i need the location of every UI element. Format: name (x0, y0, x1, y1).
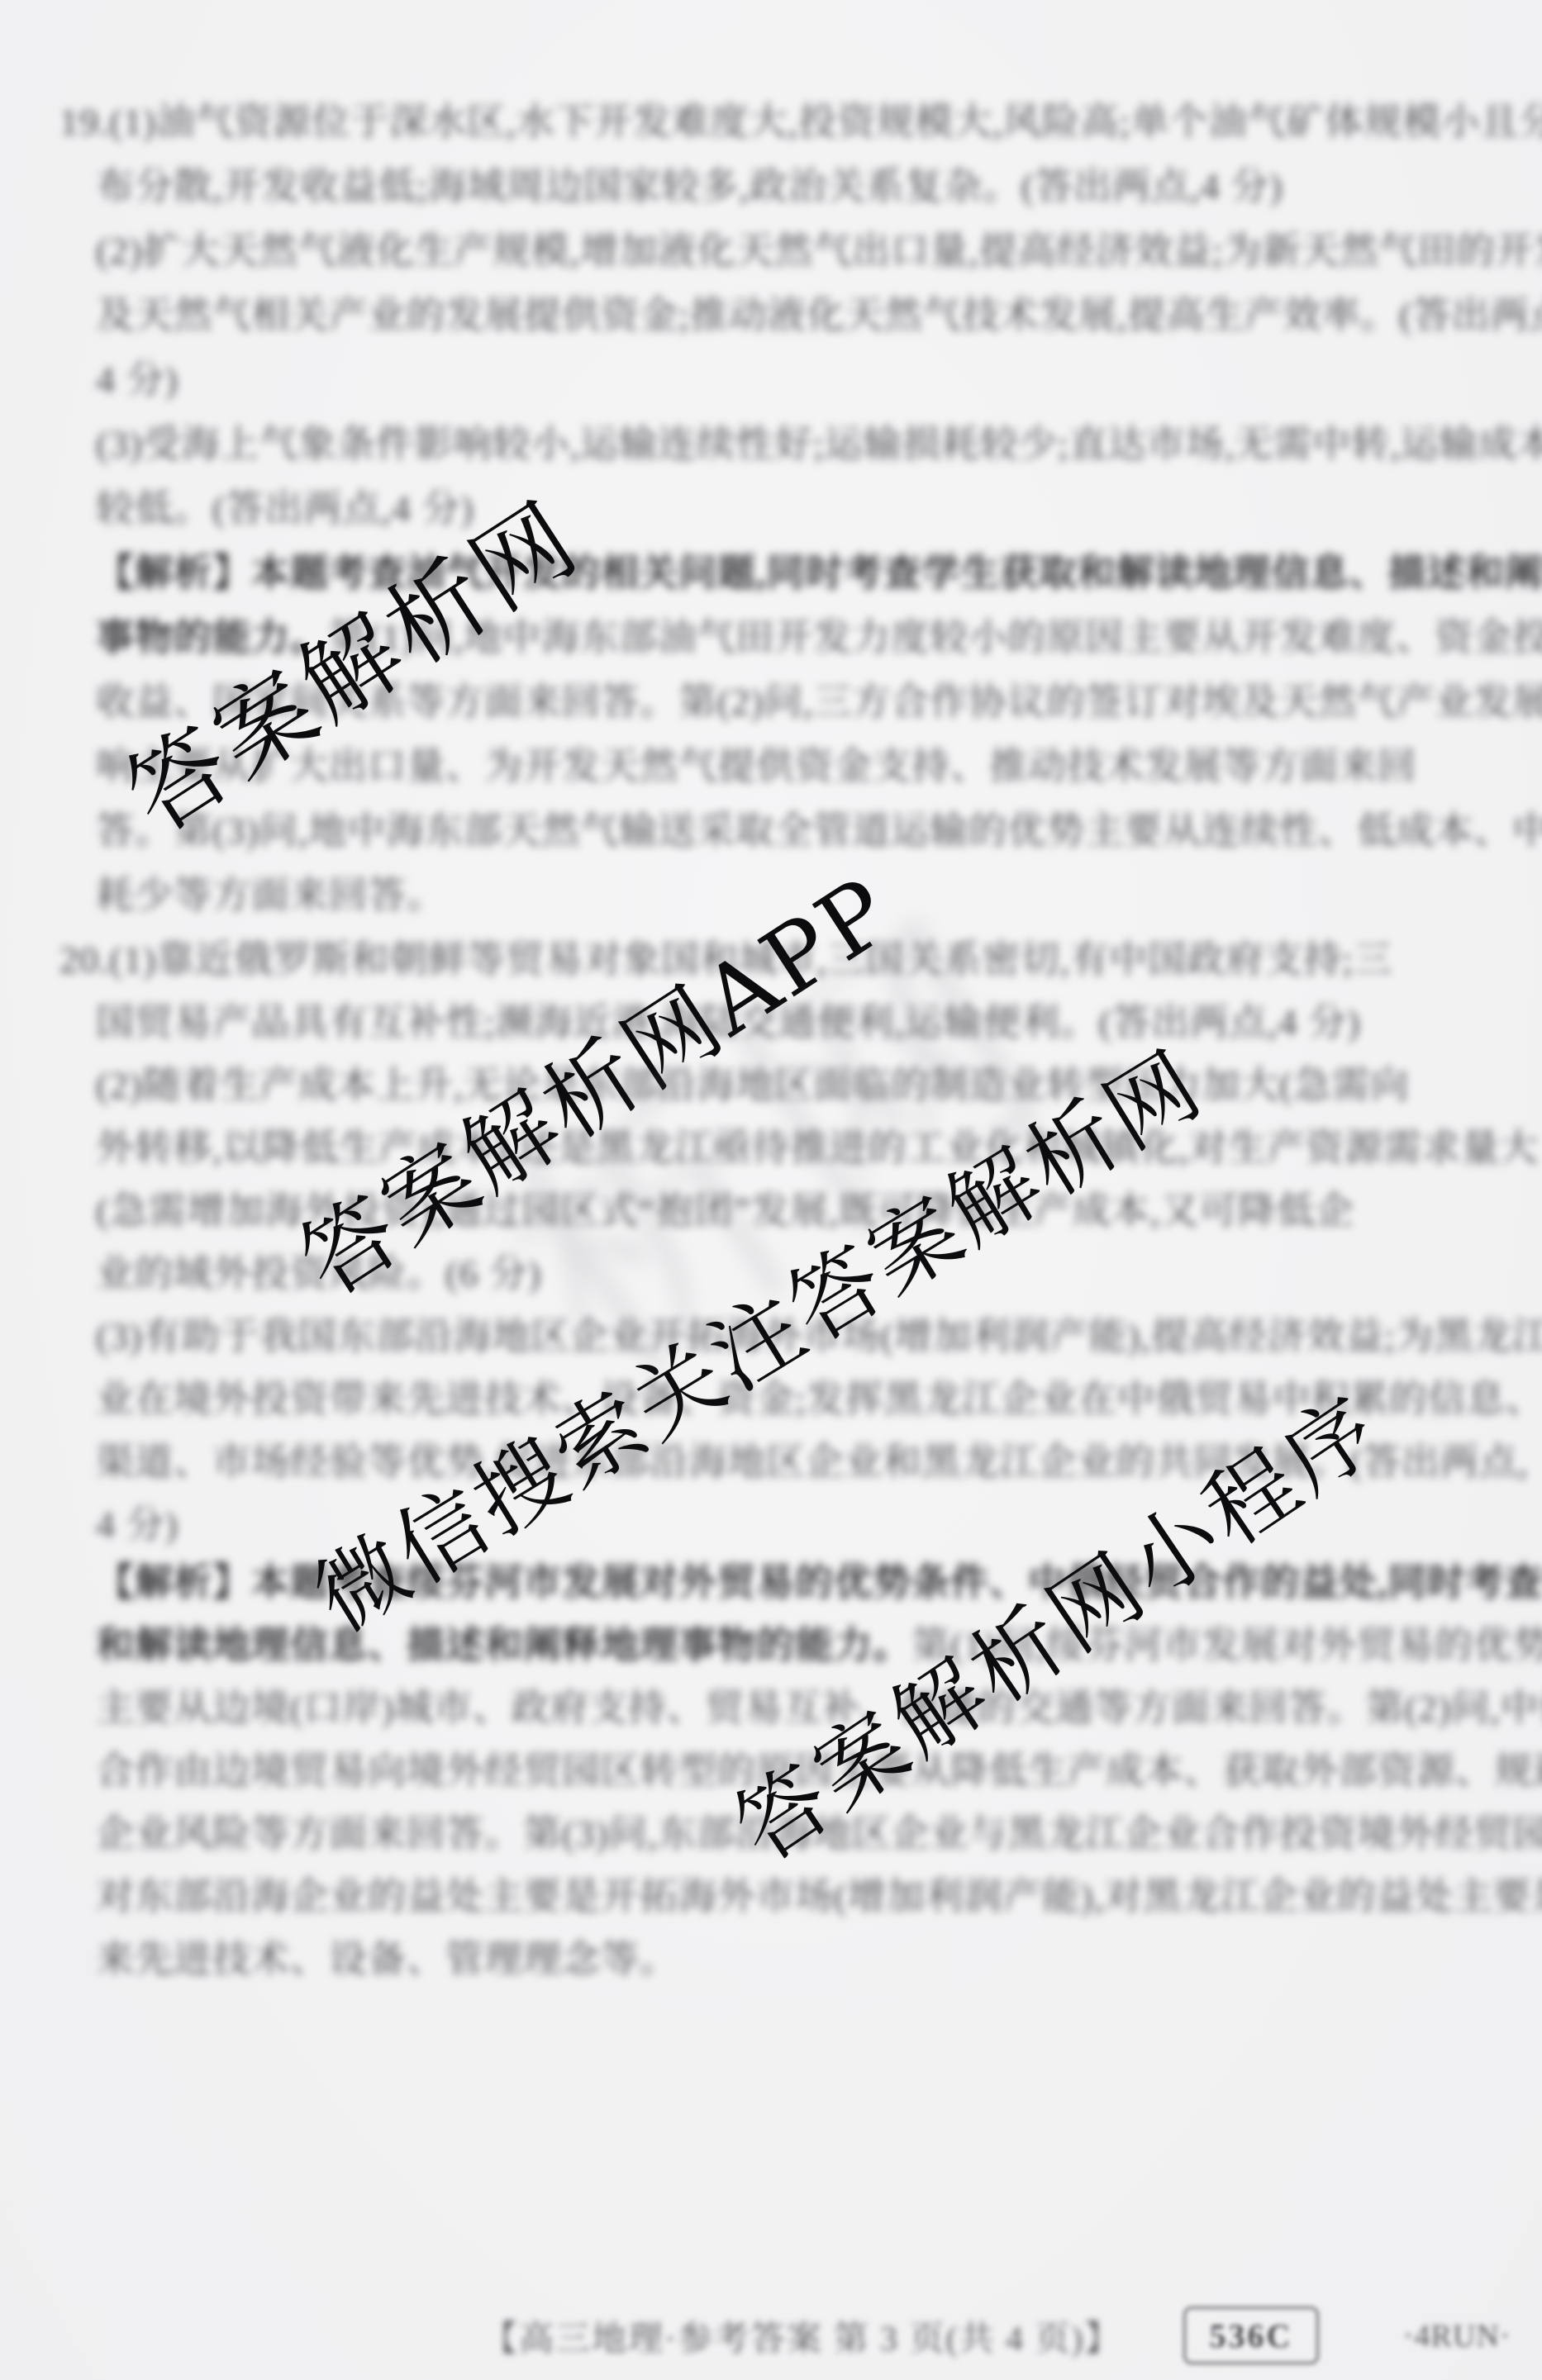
answer-line: 较低。(答出两点,4 分) (96, 484, 474, 534)
answer-line: 4 分) (96, 1500, 178, 1550)
answer-line: 4 分) (96, 355, 178, 405)
answer-line: 来先进技术、设备、管理理念等。 (96, 1935, 678, 1984)
footer-paper-code-box: 536C (1183, 2306, 1319, 2364)
answer-line: (2)扩大天然气液化生产规模,增加液化天然气出口量,提高经济效益;为新天然气田的… (96, 226, 1542, 276)
answer-line: (3)受海上气象条件影响较小,运输连续性好;运输损耗较少;直达市场,无需中转,运… (96, 420, 1542, 469)
answer-line: 【解析】本题考查油气开发的相关问题,同时考查学生获取和解读地理信息、描述和阐释地… (96, 549, 1542, 598)
exam-answer-page: 19.(1)油气资源位于深水区,水下开发难度大,投资规模大,风险高;单个油气矿体… (0, 0, 1542, 2380)
answer-line: 答。第(3)问,地中海东部天然气输送采取全管道运输的优势主要从连续性、低成本、中… (96, 806, 1542, 856)
answer-line: 耗少等方面来回答。 (96, 871, 445, 920)
footer-right-code: ·4RUN· (1403, 2318, 1511, 2354)
answer-line-bold-lead: 【解析】本题考查油气开发的相关问题,同时考查学生获取和解读地理信息、描述和阐释地… (96, 552, 1542, 594)
answer-line: 和解读地理信息、描述和阐释地理事物的能力。第(1)问,绥芬河市发展对外贸易的优势… (96, 1621, 1542, 1670)
footer-paper-code: 536C (1210, 2316, 1293, 2355)
answer-line: 19.(1)油气资源位于深水区,水下开发难度大,投资规模大,风险高;单个油气矿体… (59, 97, 1542, 147)
answer-line: 布分散,开发收益低;海域周边国家较多,政治关系复杂。(答出两点,4 分) (96, 162, 1283, 211)
answer-line: 对东部沿海企业的益处主要是开拓海外市场(增加利润产能),对黑龙江企业的益处主要是… (96, 1872, 1542, 1922)
answer-line: 及天然气相关产业的发展提供资金;推动液化天然气技术发展,提高生产效率。(答出两点… (96, 291, 1542, 340)
footer-page-title: 【高三地理·参考答案 第 3 页(共 4 页)】 (483, 2311, 1121, 2361)
answer-line-bold-lead: 和解读地理信息、描述和阐释地理事物的能力。 (96, 1624, 911, 1666)
